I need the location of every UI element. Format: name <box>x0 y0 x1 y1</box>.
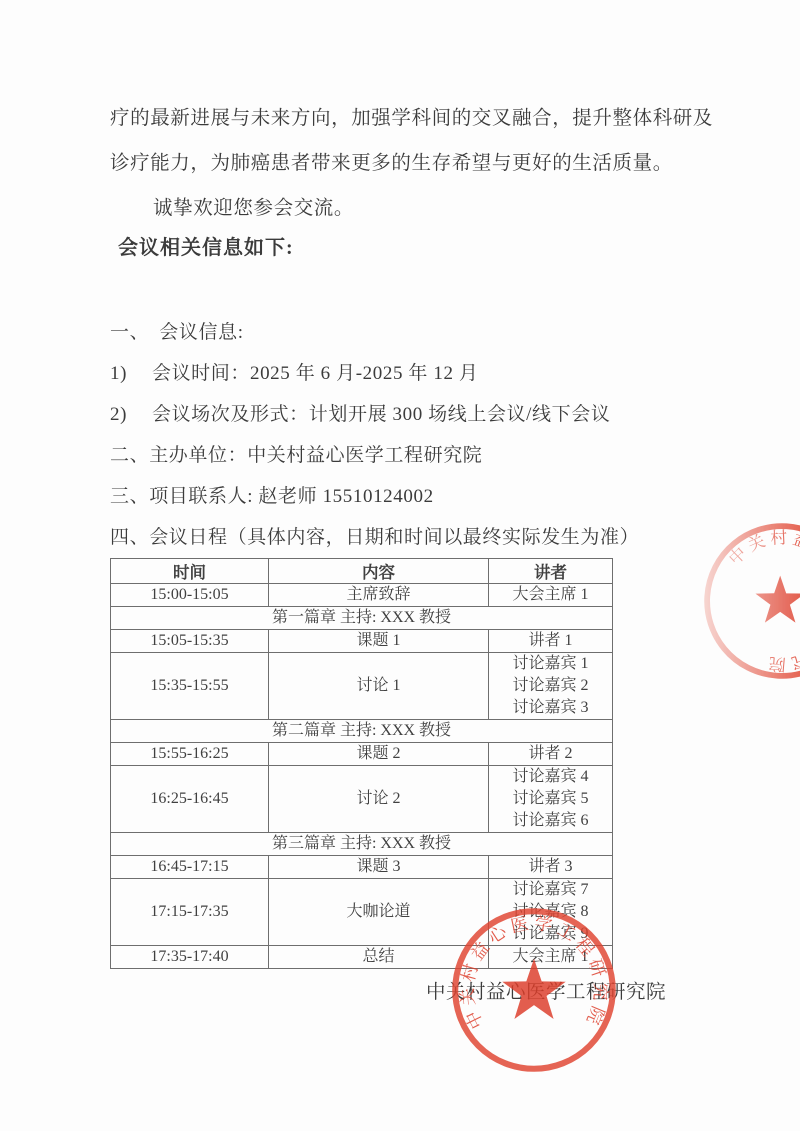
schedule-table: 时间 内容 讲者 15:00-15:05主席致辞大会主席 1第一篇章 主持: X… <box>110 558 613 969</box>
intro-line: 疗的最新进展与未来方向，加强学科间的交叉融合，提升整体科研及 <box>110 96 690 141</box>
header-time: 时间 <box>111 559 269 584</box>
time-cell: 17:15-17:35 <box>111 879 269 946</box>
speaker-line: 讨论嘉宾 4 <box>489 766 612 788</box>
footer-organization: 中关村益心医学工程研究院 <box>426 976 666 1004</box>
speaker-line: 讨论嘉宾 6 <box>489 810 612 832</box>
seal-circular-text: 中关村益心医学工程研究院 <box>721 509 800 683</box>
speaker-cell: 讨论嘉宾 1讨论嘉宾 2讨论嘉宾 3 <box>489 653 613 720</box>
schedule-row: 17:35-17:40总结大会主席 1 <box>111 946 613 969</box>
speaker-cell: 讨论嘉宾 7讨论嘉宾 8讨论嘉宾 9 <box>489 879 613 946</box>
speaker-cell: 讨论嘉宾 4讨论嘉宾 5讨论嘉宾 6 <box>489 766 613 833</box>
speaker-cell: 讲者 3 <box>489 856 613 879</box>
speaker-line: 讨论嘉宾 8 <box>489 901 612 923</box>
speaker-line: 讨论嘉宾 1 <box>489 653 612 675</box>
intro-line: 诊疗能力，为肺癌患者带来更多的生存希望与更好的生活质量。 <box>110 141 690 186</box>
speaker-line: 大会主席 1 <box>489 584 612 606</box>
header-content: 内容 <box>269 559 489 584</box>
speaker-cell: 大会主席 1 <box>489 584 613 607</box>
time-cell: 15:55-16:25 <box>111 743 269 766</box>
speaker-cell: 大会主席 1 <box>489 946 613 969</box>
speaker-cell: 讲者 1 <box>489 630 613 653</box>
chapter-label: 第一篇章 主持: XXX 教授 <box>111 607 613 630</box>
intro-paragraph: 疗的最新进展与未来方向，加强学科间的交叉融合，提升整体科研及 诊疗能力，为肺癌患… <box>110 96 690 231</box>
speaker-cell: 讲者 2 <box>489 743 613 766</box>
schedule-table-header: 时间 内容 讲者 <box>111 559 613 584</box>
time-cell: 15:05-15:35 <box>111 630 269 653</box>
time-cell: 15:00-15:05 <box>111 584 269 607</box>
schedule-row: 16:45-17:15课题 3讲者 3 <box>111 856 613 879</box>
content-cell: 课题 1 <box>269 630 489 653</box>
chapter-row: 第二篇章 主持: XXX 教授 <box>111 720 613 743</box>
chapter-row: 第三篇章 主持: XXX 教授 <box>111 833 613 856</box>
schedule-row: 15:00-15:05主席致辞大会主席 1 <box>111 584 613 607</box>
schedule-row: 16:25-16:45讨论 2讨论嘉宾 4讨论嘉宾 5讨论嘉宾 6 <box>111 766 613 833</box>
seal-star-icon <box>753 570 800 632</box>
speaker-line: 讲者 1 <box>489 630 612 652</box>
info-item-meeting-info: 一、 会议信息: <box>110 312 730 353</box>
chapter-label: 第二篇章 主持: XXX 教授 <box>111 720 613 743</box>
info-item-meeting-time: 1) 会议时间：2025 年 6 月-2025 年 12 月 <box>110 353 730 394</box>
document-page: { "page": { "background": "#fdfdfd", "te… <box>0 0 800 1131</box>
time-cell: 17:35-17:40 <box>111 946 269 969</box>
header-speaker: 讲者 <box>489 559 613 584</box>
content-cell: 课题 2 <box>269 743 489 766</box>
schedule-row: 15:05-15:35课题 1讲者 1 <box>111 630 613 653</box>
content-cell: 讨论 2 <box>269 766 489 833</box>
info-list: 一、 会议信息: 1) 会议时间：2025 年 6 月-2025 年 12 月 … <box>110 312 730 558</box>
time-cell: 16:25-16:45 <box>111 766 269 833</box>
time-cell: 16:45-17:15 <box>111 856 269 879</box>
speaker-line: 讨论嘉宾 5 <box>489 788 612 810</box>
content-cell: 讨论 1 <box>269 653 489 720</box>
schedule-row: 17:15-17:35大咖论道讨论嘉宾 7讨论嘉宾 8讨论嘉宾 9 <box>111 879 613 946</box>
speaker-line: 讨论嘉宾 7 <box>489 879 612 901</box>
header-row: 时间 内容 讲者 <box>111 559 613 584</box>
info-item-agenda: 四、会议日程（具体内容，日期和时间以最终实际发生为准） <box>110 517 730 558</box>
time-cell: 15:35-15:55 <box>111 653 269 720</box>
speaker-line: 讨论嘉宾 3 <box>489 697 612 719</box>
speaker-line: 大会主席 1 <box>489 946 612 968</box>
content-cell: 课题 3 <box>269 856 489 879</box>
schedule-row: 15:55-16:25课题 2讲者 2 <box>111 743 613 766</box>
chapter-row: 第一篇章 主持: XXX 教授 <box>111 607 613 630</box>
speaker-line: 讲者 3 <box>489 856 612 878</box>
chapter-label: 第三篇章 主持: XXX 教授 <box>111 833 613 856</box>
content-cell: 大咖论道 <box>269 879 489 946</box>
schedule-row: 15:35-15:55讨论 1讨论嘉宾 1讨论嘉宾 2讨论嘉宾 3 <box>111 653 613 720</box>
info-item-contact: 三、项目联系人: 赵老师 15510124002 <box>110 476 730 517</box>
intro-line-welcome: 诚挚欢迎您参会交流。 <box>110 186 690 231</box>
info-item-host-org: 二、主办单位：中关村益心医学工程研究院 <box>110 435 730 476</box>
speaker-line: 讨论嘉宾 2 <box>489 675 612 697</box>
content-cell: 总结 <box>269 946 489 969</box>
schedule-table-body: 15:00-15:05主席致辞大会主席 1第一篇章 主持: XXX 教授15:0… <box>111 584 613 969</box>
content-cell: 主席致辞 <box>269 584 489 607</box>
speaker-line: 讲者 2 <box>489 743 612 765</box>
speaker-line: 讨论嘉宾 9 <box>489 923 612 945</box>
info-item-meeting-format: 2) 会议场次及形式：计划开展 300 场线上会议/线下会议 <box>110 394 730 435</box>
section-heading: 会议相关信息如下: <box>118 231 294 260</box>
